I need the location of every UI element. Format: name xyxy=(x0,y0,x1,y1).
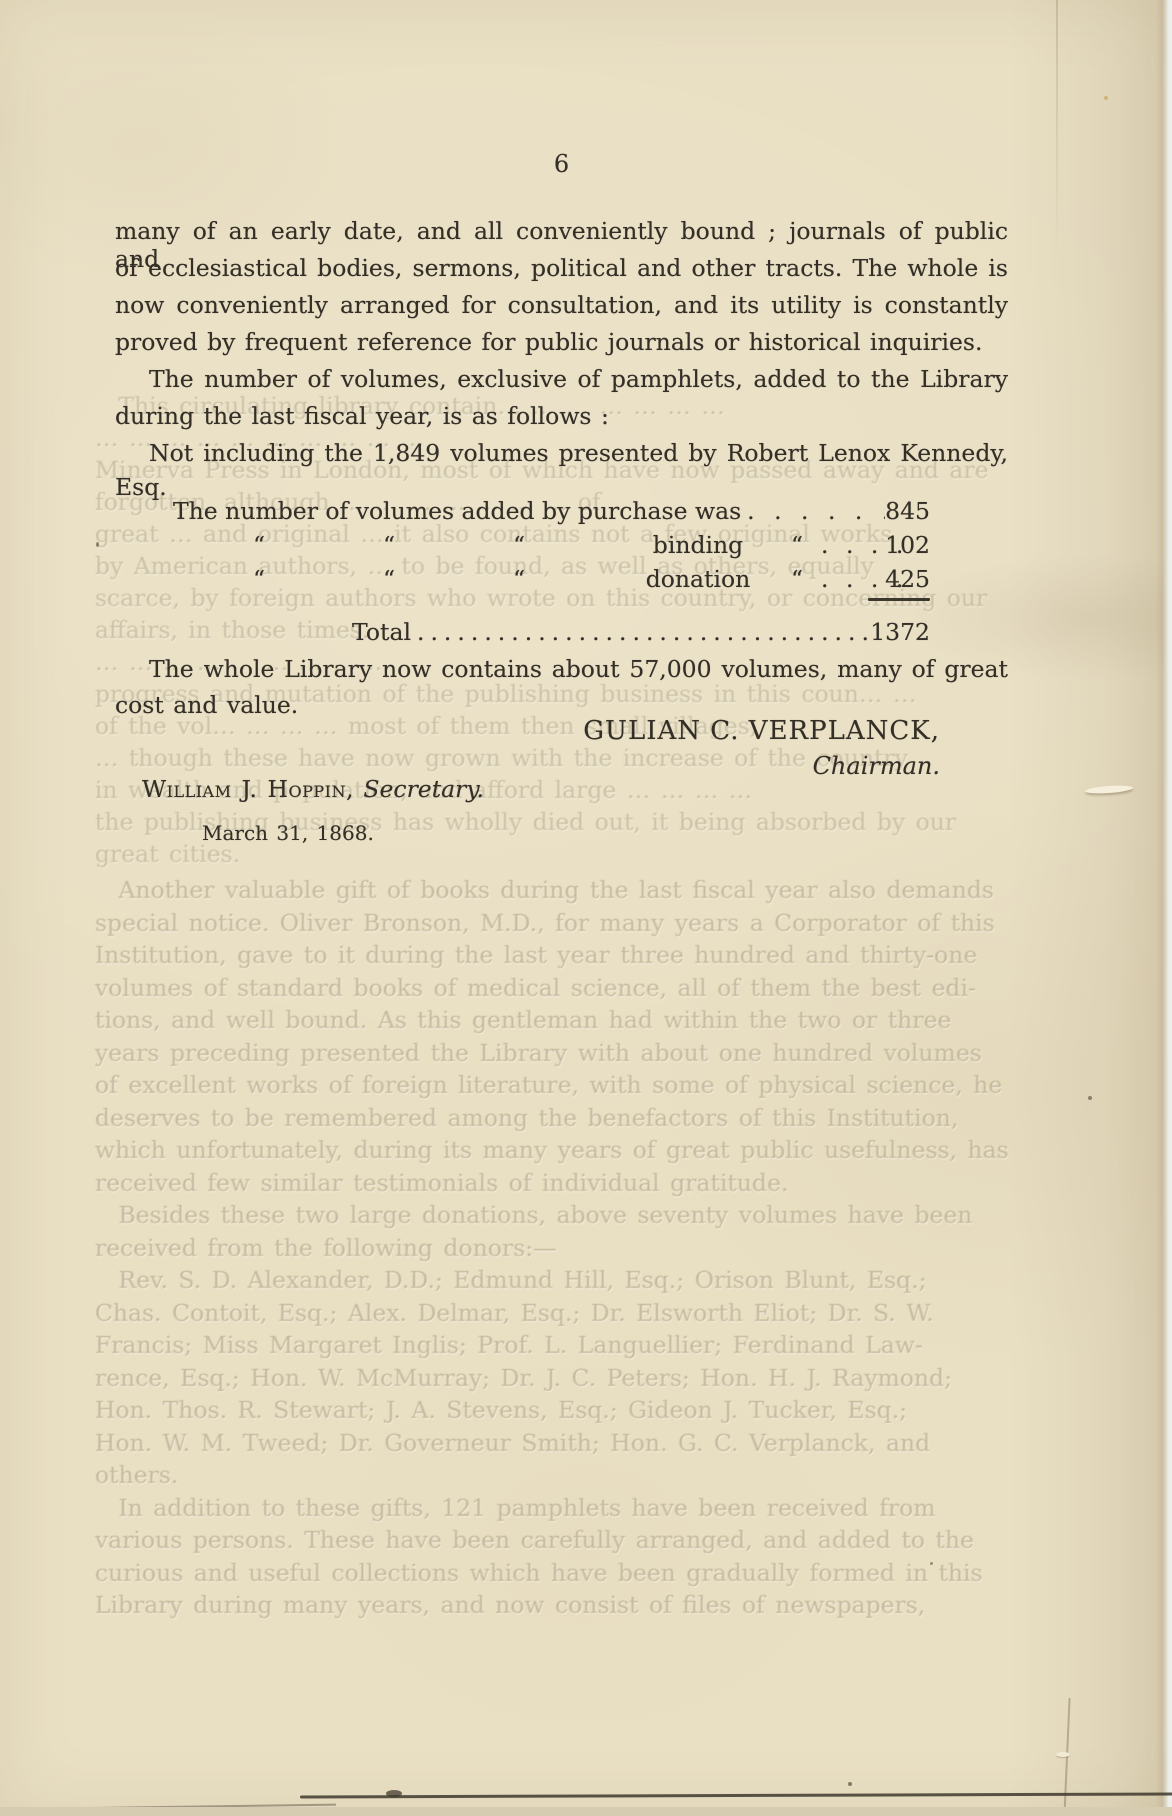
show-through-text-line: rence, Esq.; Hon. W. McMurray; Dr. J. C.… xyxy=(95,1364,1010,1397)
show-through-text-line: Rev. S. D. Alexander, D.D.; Edmund Hill,… xyxy=(95,1266,1010,1299)
page-bottom-edge xyxy=(300,1792,1172,1798)
ditto-mark: “ xyxy=(791,531,803,559)
show-through-text-line: Hon. Thos. R. Stewart; J. A. Stevens, Es… xyxy=(95,1396,1010,1429)
paper-speck xyxy=(1088,1096,1092,1100)
show-through-text-line: Chas. Contoit, Esq.; Alex. Delmar, Esq.;… xyxy=(95,1299,1010,1332)
report-date: March 31, 1868. xyxy=(202,822,602,846)
paper-tear xyxy=(1063,1698,1070,1816)
paper-speck xyxy=(1104,96,1108,100)
page-number: 6 xyxy=(115,150,1008,178)
body-line: now conveniently arranged for consultati… xyxy=(115,292,1008,320)
show-through-text-line: of excellent works of foreign literature… xyxy=(95,1071,1010,1104)
show-through-text-line: deserves to be remembered among the bene… xyxy=(95,1104,1010,1137)
body-line: The number of volumes, exclusive of pamp… xyxy=(115,366,1008,394)
paper-speck xyxy=(848,1782,852,1786)
row-label: donation xyxy=(613,565,783,593)
page-right-edge xyxy=(1156,0,1172,1816)
show-through-text-line: Library during many years, and now consi… xyxy=(95,1591,1010,1624)
body-line: The whole Library now contains about 57,… xyxy=(115,656,1008,684)
ditto-mark: “ xyxy=(253,565,265,593)
paper-nick xyxy=(1056,1752,1070,1757)
row-value: 102 xyxy=(885,531,930,559)
paper-tear xyxy=(1085,784,1133,794)
total-value: 1372 xyxy=(870,618,930,646)
body-line: proved by frequent reference for public … xyxy=(115,329,1008,357)
crease-line xyxy=(1056,0,1058,262)
show-through-text-line: others. xyxy=(95,1461,1010,1494)
body-line: of ecclesiastical bodies, sermons, polit… xyxy=(115,255,1008,283)
show-through-text-line: which unfortunately, during its many yea… xyxy=(95,1136,1010,1169)
show-through-text-line: curious and useful collections which hav… xyxy=(95,1559,1010,1592)
table-row-donation: “ “ “ donation “ . . . . . . 425 xyxy=(173,565,930,595)
dot-leader: ...................................... xyxy=(411,618,870,646)
table-row-binding: “ “ “ binding “ . . . . . . 102 xyxy=(173,531,930,561)
ditto-mark: “ xyxy=(383,531,395,559)
paper-speck xyxy=(930,1562,933,1565)
chairman-title: Chairman. xyxy=(813,752,940,780)
edge-notch xyxy=(386,1790,402,1797)
body-line: during the last fiscal year, is as follo… xyxy=(115,403,1008,431)
secretary-name: William J. Hoppin, xyxy=(142,775,354,803)
row-value: 425 xyxy=(885,565,930,593)
secretary-title: Secretary. xyxy=(363,775,484,803)
show-through-text-line: Francis; Miss Margaret Inglis; Prof. L. … xyxy=(95,1331,1010,1364)
show-through-text-line: Institution, gave to it during the last … xyxy=(95,941,1010,974)
ditto-mark: “ xyxy=(791,565,803,593)
show-through-text-line: Another valuable gift of books during th… xyxy=(95,876,1010,909)
chairman-signature: GULIAN C. VERPLANCK, xyxy=(583,716,940,746)
ditto-mark: “ xyxy=(383,565,395,593)
scanned-book-page: This circulating library contain… … … … … xyxy=(0,0,1172,1816)
total-label: Total xyxy=(352,618,411,646)
row-value: 845 xyxy=(885,497,930,525)
show-through-text-line: Hon. W. M. Tweed; Dr. Governeur Smith; H… xyxy=(95,1429,1010,1462)
show-through-text-line: received few similar testimonials of ind… xyxy=(95,1169,1010,1202)
show-through-text-line: In addition to these gifts, 121 pamphlet… xyxy=(95,1494,1010,1527)
show-through-text-line: tions, and well bound. As this gentleman… xyxy=(95,1006,1010,1039)
show-through-text-line: years preceding presented the Library wi… xyxy=(95,1039,1010,1072)
sum-rule xyxy=(868,598,930,601)
scan-background xyxy=(0,1807,1172,1816)
show-through-text-line: various persons. These have been careful… xyxy=(95,1526,1010,1559)
show-through-text-line: Besides these two large donations, above… xyxy=(95,1201,1010,1234)
show-through-text-line: received from the following donors:— xyxy=(95,1234,1010,1267)
dot-leader: . . . . . . xyxy=(741,497,885,525)
body-line: Not including the 1,849 volumes presente… xyxy=(115,440,1008,468)
paper-speck xyxy=(96,542,99,547)
show-through-lower-block: Another valuable gift of books during th… xyxy=(95,876,1010,1624)
ditto-mark: “ xyxy=(513,531,525,559)
secretary-signature: William J. Hoppin, Secretary. xyxy=(142,776,742,804)
ditto-mark: “ xyxy=(513,565,525,593)
show-through-text-line: special notice. Oliver Bronson, M.D., fo… xyxy=(95,909,1010,942)
table-row-purchase: The number of volumes added by purchase … xyxy=(173,497,930,527)
row-label: The number of volumes added by purchase … xyxy=(173,497,741,525)
show-through-text-line: volumes of standard books of medical sci… xyxy=(95,974,1010,1007)
table-row-total: Total...................................… xyxy=(352,618,930,648)
row-label: binding xyxy=(613,531,783,559)
ditto-mark: “ xyxy=(253,531,265,559)
